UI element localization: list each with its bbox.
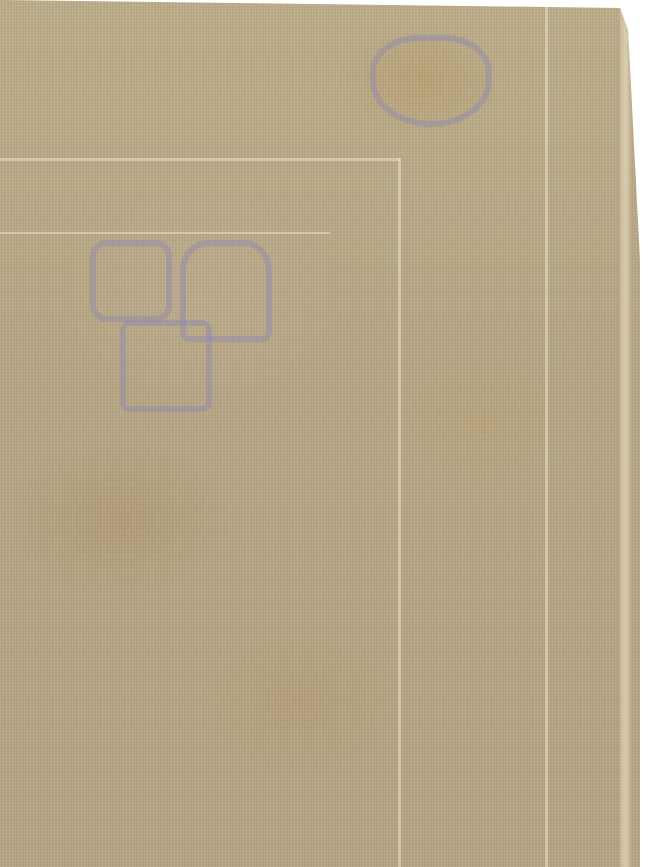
inner-border-line [0, 158, 400, 161]
lavender-motif [120, 320, 212, 412]
rug-edge [620, 10, 632, 867]
field-border-line [0, 232, 330, 234]
lavender-motif [90, 240, 172, 322]
lavender-motif [370, 35, 492, 127]
rug-photo [0, 0, 640, 867]
outer-border-line [545, 0, 548, 867]
inner-border-line [398, 158, 401, 867]
